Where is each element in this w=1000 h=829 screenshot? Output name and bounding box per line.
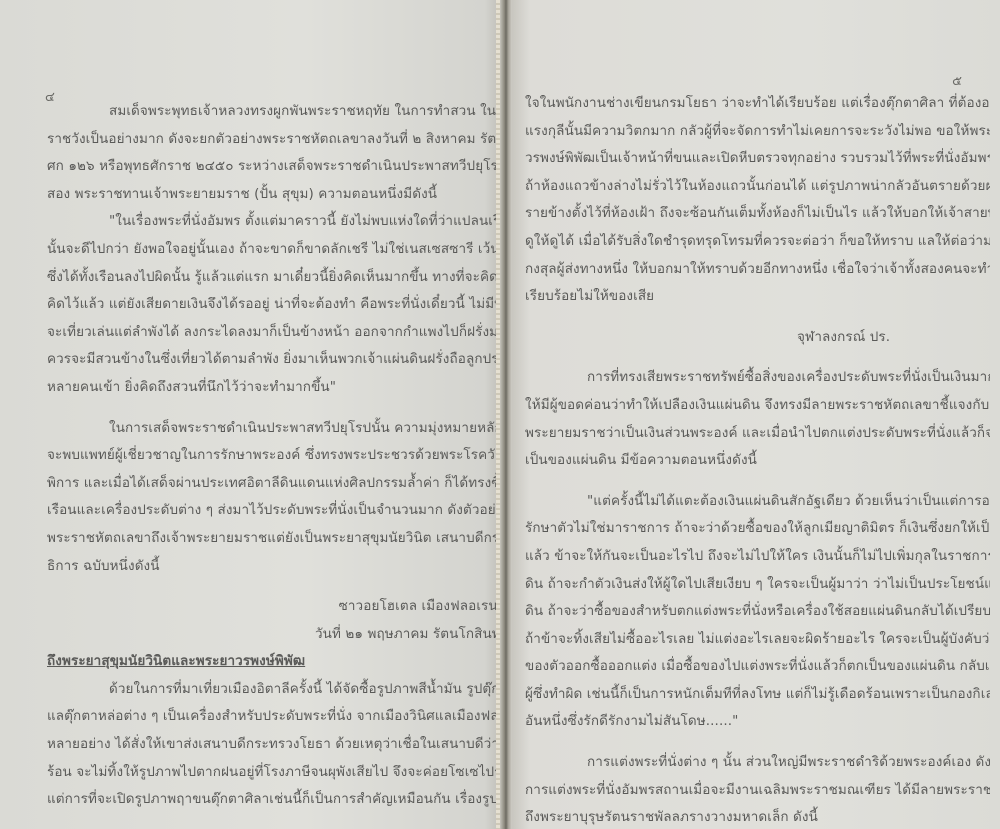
quote-line: จะเที่ยวเล่นแต่ลำพังได้ ลงกระไดลงมาก็เป็… (47, 319, 507, 347)
letter-line: ดูให้ดูได้ เมื่อได้รับสิ่งใดชำรุดทรุดโทร… (525, 228, 990, 256)
paragraph-line: เรือนและเครื่องประดับต่าง ๆ ส่งมาไว้ประด… (47, 497, 507, 525)
paragraph-line: พิการ และเมื่อได้เสด็จผ่านประเทศอิตาลีดิ… (47, 470, 507, 498)
letter-line: แต่การที่จะเปิดรูปภาพฤาขนตุ๊กตาศิลาเช่นน… (47, 786, 507, 814)
letter-line: กงสุลผู้ส่งทางหนึ่ง ให้บอกมาให้ทราบด้วยอ… (525, 256, 990, 284)
letter-line: หลายอย่าง ได้สั่งให้เขาส่งเสนาบดีกระทรวง… (47, 731, 507, 759)
quote-line: แล้ว ข้าจะให้กันจะเป็นอะไรไป ถึงจะไม่ไปใ… (525, 543, 990, 571)
paragraph-line: พระยายมราชว่าเป็นเงินส่วนพระองค์ และเมื่… (525, 420, 990, 448)
paragraph-line: สอง พระราชทานเจ้าพระยายมราช (ปั้น สุขุม)… (47, 181, 507, 209)
royal-signature: จุฬาลงกรณ์ ปร. (525, 324, 990, 352)
signature-place: ซาวอยโฮเตล เมืองฟลอเรนซ์ (47, 593, 507, 621)
quote-line: ผู้ซึ่งทำผิด เช่นนี้ก็เป็นการหนักเต็มทีท… (525, 681, 990, 709)
book-gutter (500, 0, 512, 829)
signature-date: วันที่ ๒๑ พฤษภาคม รัตนโกสินทรศก ๑๒๖ (47, 621, 507, 649)
right-page-number: ๕ (952, 70, 962, 91)
right-page: ๕ ใจในพนักงานช่างเขียนกรมโยธา ว่าจะทำได้… (505, 0, 1000, 829)
quote-line: ของตัวออกซื้อออกแต่ง เมื่อซื้อของไปแต่งพ… (525, 653, 990, 681)
quote-line: "แต่ครั้งนี้ไม่ได้แตะต้องเงินแผ่นดินสักอ… (525, 488, 990, 516)
paragraph-line: ในการเสด็จพระราชดำเนินประพาสทวีปยุโรปนั้… (47, 415, 507, 443)
letter-line: วรพงษ์พิพัฒเป็นเจ้าหน้าที่ขนและเปิดหีบตร… (525, 145, 990, 173)
paragraph-line: พระราชหัตถเลขาถึงเจ้าพระยายมราชแต่ยังเป็… (47, 525, 507, 553)
paragraph-line: การแต่งพระที่นั่งต่าง ๆ นั้น ส่วนใหญ่มีพ… (525, 749, 990, 777)
letter-line: แรงกุลีนั้นมีความวิตกมาก กลัวผู้ที่จะจัด… (525, 118, 990, 146)
letter-line: ถ้าห้องแถวข้างล่างไม่รั่วไว้ในห้องแถวนั้… (525, 173, 990, 201)
paragraph-line: เป็นของแผ่นดิน มีข้อความตอนหนึ่งดังนี้ (525, 447, 990, 475)
quote-line: "ในเรื่องพระที่นั่งอัมพร ตั้งแต่มาคราวนี… (47, 208, 507, 236)
letter-line: ใจในพนักงานช่างเขียนกรมโยธา ว่าจะทำได้เร… (525, 90, 990, 118)
left-page: ๔ สมเด็จพระพุทธเจ้าหลวงทรงผูกพันพระราชหฤ… (0, 0, 505, 829)
quote-line: คิดไว้แล้ว แต่ยังเสียดายเงินจึงได้รออยู่… (47, 291, 507, 319)
paragraph-line: ธิการ ฉบับหนึ่งดังนี้ (47, 553, 507, 581)
quote-line: อันหนึ่งซึ่งรักดีรักงามไม่สันโดษ......" (525, 708, 990, 736)
quote-line: รักษาตัวไม่ใช่มาราชการ ถ้าจะว่าด้วยซื้อข… (525, 515, 990, 543)
quote-line: ดิน ถ้าจะว่าซื้อของสำหรับตกแต่งพระที่นั่… (525, 598, 990, 626)
left-page-body: สมเด็จพระพุทธเจ้าหลวงทรงผูกพันพระราชหฤทั… (47, 98, 507, 814)
letter-line: ด้วยในการที่มาเที่ยวเมืองอิตาลีครั้งนี้ … (47, 676, 507, 704)
paragraph-line: ศก ๑๒๖ หรือพุทธศักราช ๒๔๕๐ ระหว่างเสด็จพ… (47, 153, 507, 181)
letter-line: ร้อน จะไม่ทิ้งให้รูปภาพไปตากฝนอยู่ที่โรง… (47, 759, 507, 787)
paragraph-line: ราชวังเป็นอย่างมาก ดังจะยกตัวอย่างพระราช… (47, 126, 507, 154)
quote-line: ดิน ถ้าจะกำตัวเงินส่งให้ผู้ใดไปเสียเงียบ… (525, 571, 990, 599)
paragraph-line: การแต่งพระที่นั่งอัมพรสถานเมื่อจะมีงานเฉ… (525, 777, 990, 805)
letter-line: เรียบร้อยไม่ให้ของเสีย (525, 283, 990, 311)
quote-line: ควรจะมีสวนข้างในซึ่งเที่ยวได้ตามลำพัง ยิ… (47, 346, 507, 374)
paragraph-line: สมเด็จพระพุทธเจ้าหลวงทรงผูกพันพระราชหฤทั… (47, 98, 507, 126)
paragraph-line: จะพบแพทย์ผู้เชี่ยวชาญในการรักษาพระองค์ ซ… (47, 442, 507, 470)
quote-line: ถ้าข้าจะทิ้งเสียไม่ซื้ออะไรเลย ไม่แต่งอะ… (525, 626, 990, 654)
right-page-body: ใจในพนักงานช่างเขียนกรมโยธา ว่าจะทำได้เร… (525, 90, 990, 829)
letter-line: แลตุ๊กตาหล่อต่าง ๆ เป็นเครื่องสำหรับประด… (47, 703, 507, 731)
paragraph-line: ให้มีผู้ขอดค่อนว่าทำให้เปลืองเงินแผ่นดิน… (525, 392, 990, 420)
quote-line: หลายคนเข้า ยิ่งคิดถึงสวนที่นึกไว้ว่าจะทำ… (47, 374, 507, 402)
quote-line: นั้นจะดีไปกว่า ยังพอใจอยู่นั้นเอง ถ้าจะข… (47, 236, 507, 264)
quote-line: ซึ่งได้ทั้งเรือนลงไปผิดนั้น รู้แล้วแต่แร… (47, 264, 507, 292)
paragraph-line: การที่ทรงเสียพระราชทรัพย์ซื้อสิ่งของเครื… (525, 364, 990, 392)
letter-heading: ถึงพระยาสุขุมนัยวินิตและพระยาวรพงษ์พิพัฒ (47, 648, 507, 676)
paragraph-line: ถึงพระยาบุรุษรัตนราชพัลลภรางวางมหาดเล็ก … (525, 804, 990, 829)
letter-line: รายข้างตั้งไว้ที่ห้องเฝ้า ถึงจะซ้อนกันเต… (525, 200, 990, 228)
